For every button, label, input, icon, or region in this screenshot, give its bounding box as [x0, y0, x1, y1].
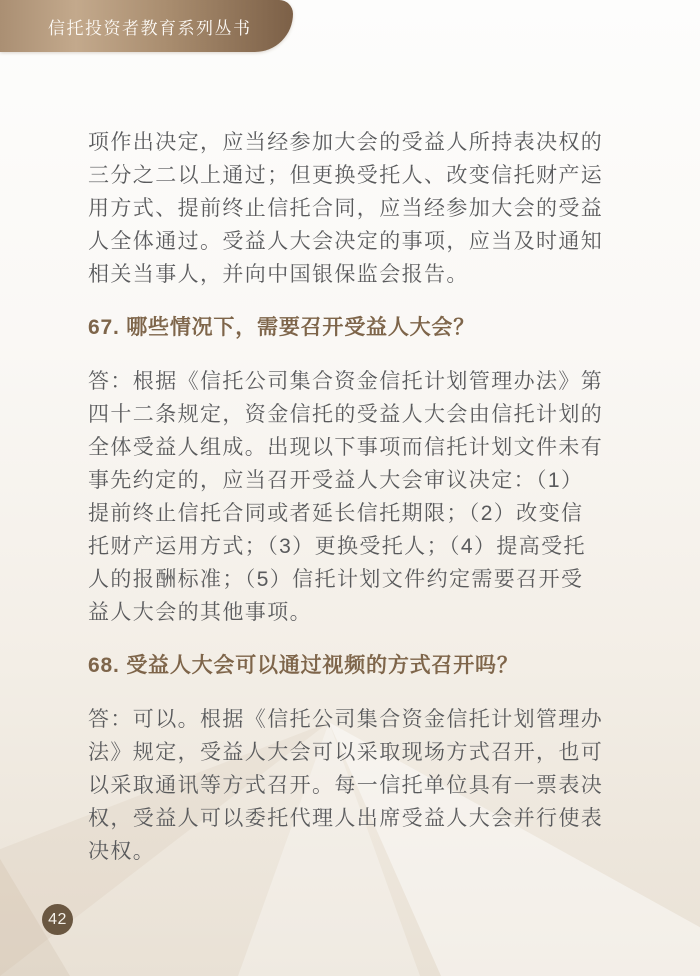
intro-paragraph: 项作出决定，应当经参加大会的受益人所持表决权的 三分之二以上通过；但更换受托人、…: [88, 126, 622, 291]
page-content: 项作出决定，应当经参加大会的受益人所持表决权的 三分之二以上通过；但更换受托人、…: [88, 126, 622, 868]
series-banner: 信托投资者教育系列丛书: [0, 0, 293, 52]
question-68-answer: 答：可以。根据《信托公司集合资金信托计划管理办 法》规定，受益人大会可以采取现场…: [88, 703, 622, 868]
question-67-heading: 67. 哪些情况下，需要召开受益人大会？: [88, 313, 622, 343]
series-title: 信托投资者教育系列丛书: [0, 14, 252, 39]
question-68-heading: 68. 受益人大会可以通过视频的方式召开吗？: [88, 651, 622, 681]
book-page: 信托投资者教育系列丛书 项作出决定，应当经参加大会的受益人所持表决权的 三分之二…: [0, 0, 700, 976]
page-number: 42: [48, 911, 67, 929]
question-67-answer: 答：根据《信托公司集合资金信托计划管理办法》第 四十二条规定，资金信托的受益人大…: [88, 365, 622, 629]
page-number-badge: 42: [42, 904, 73, 935]
